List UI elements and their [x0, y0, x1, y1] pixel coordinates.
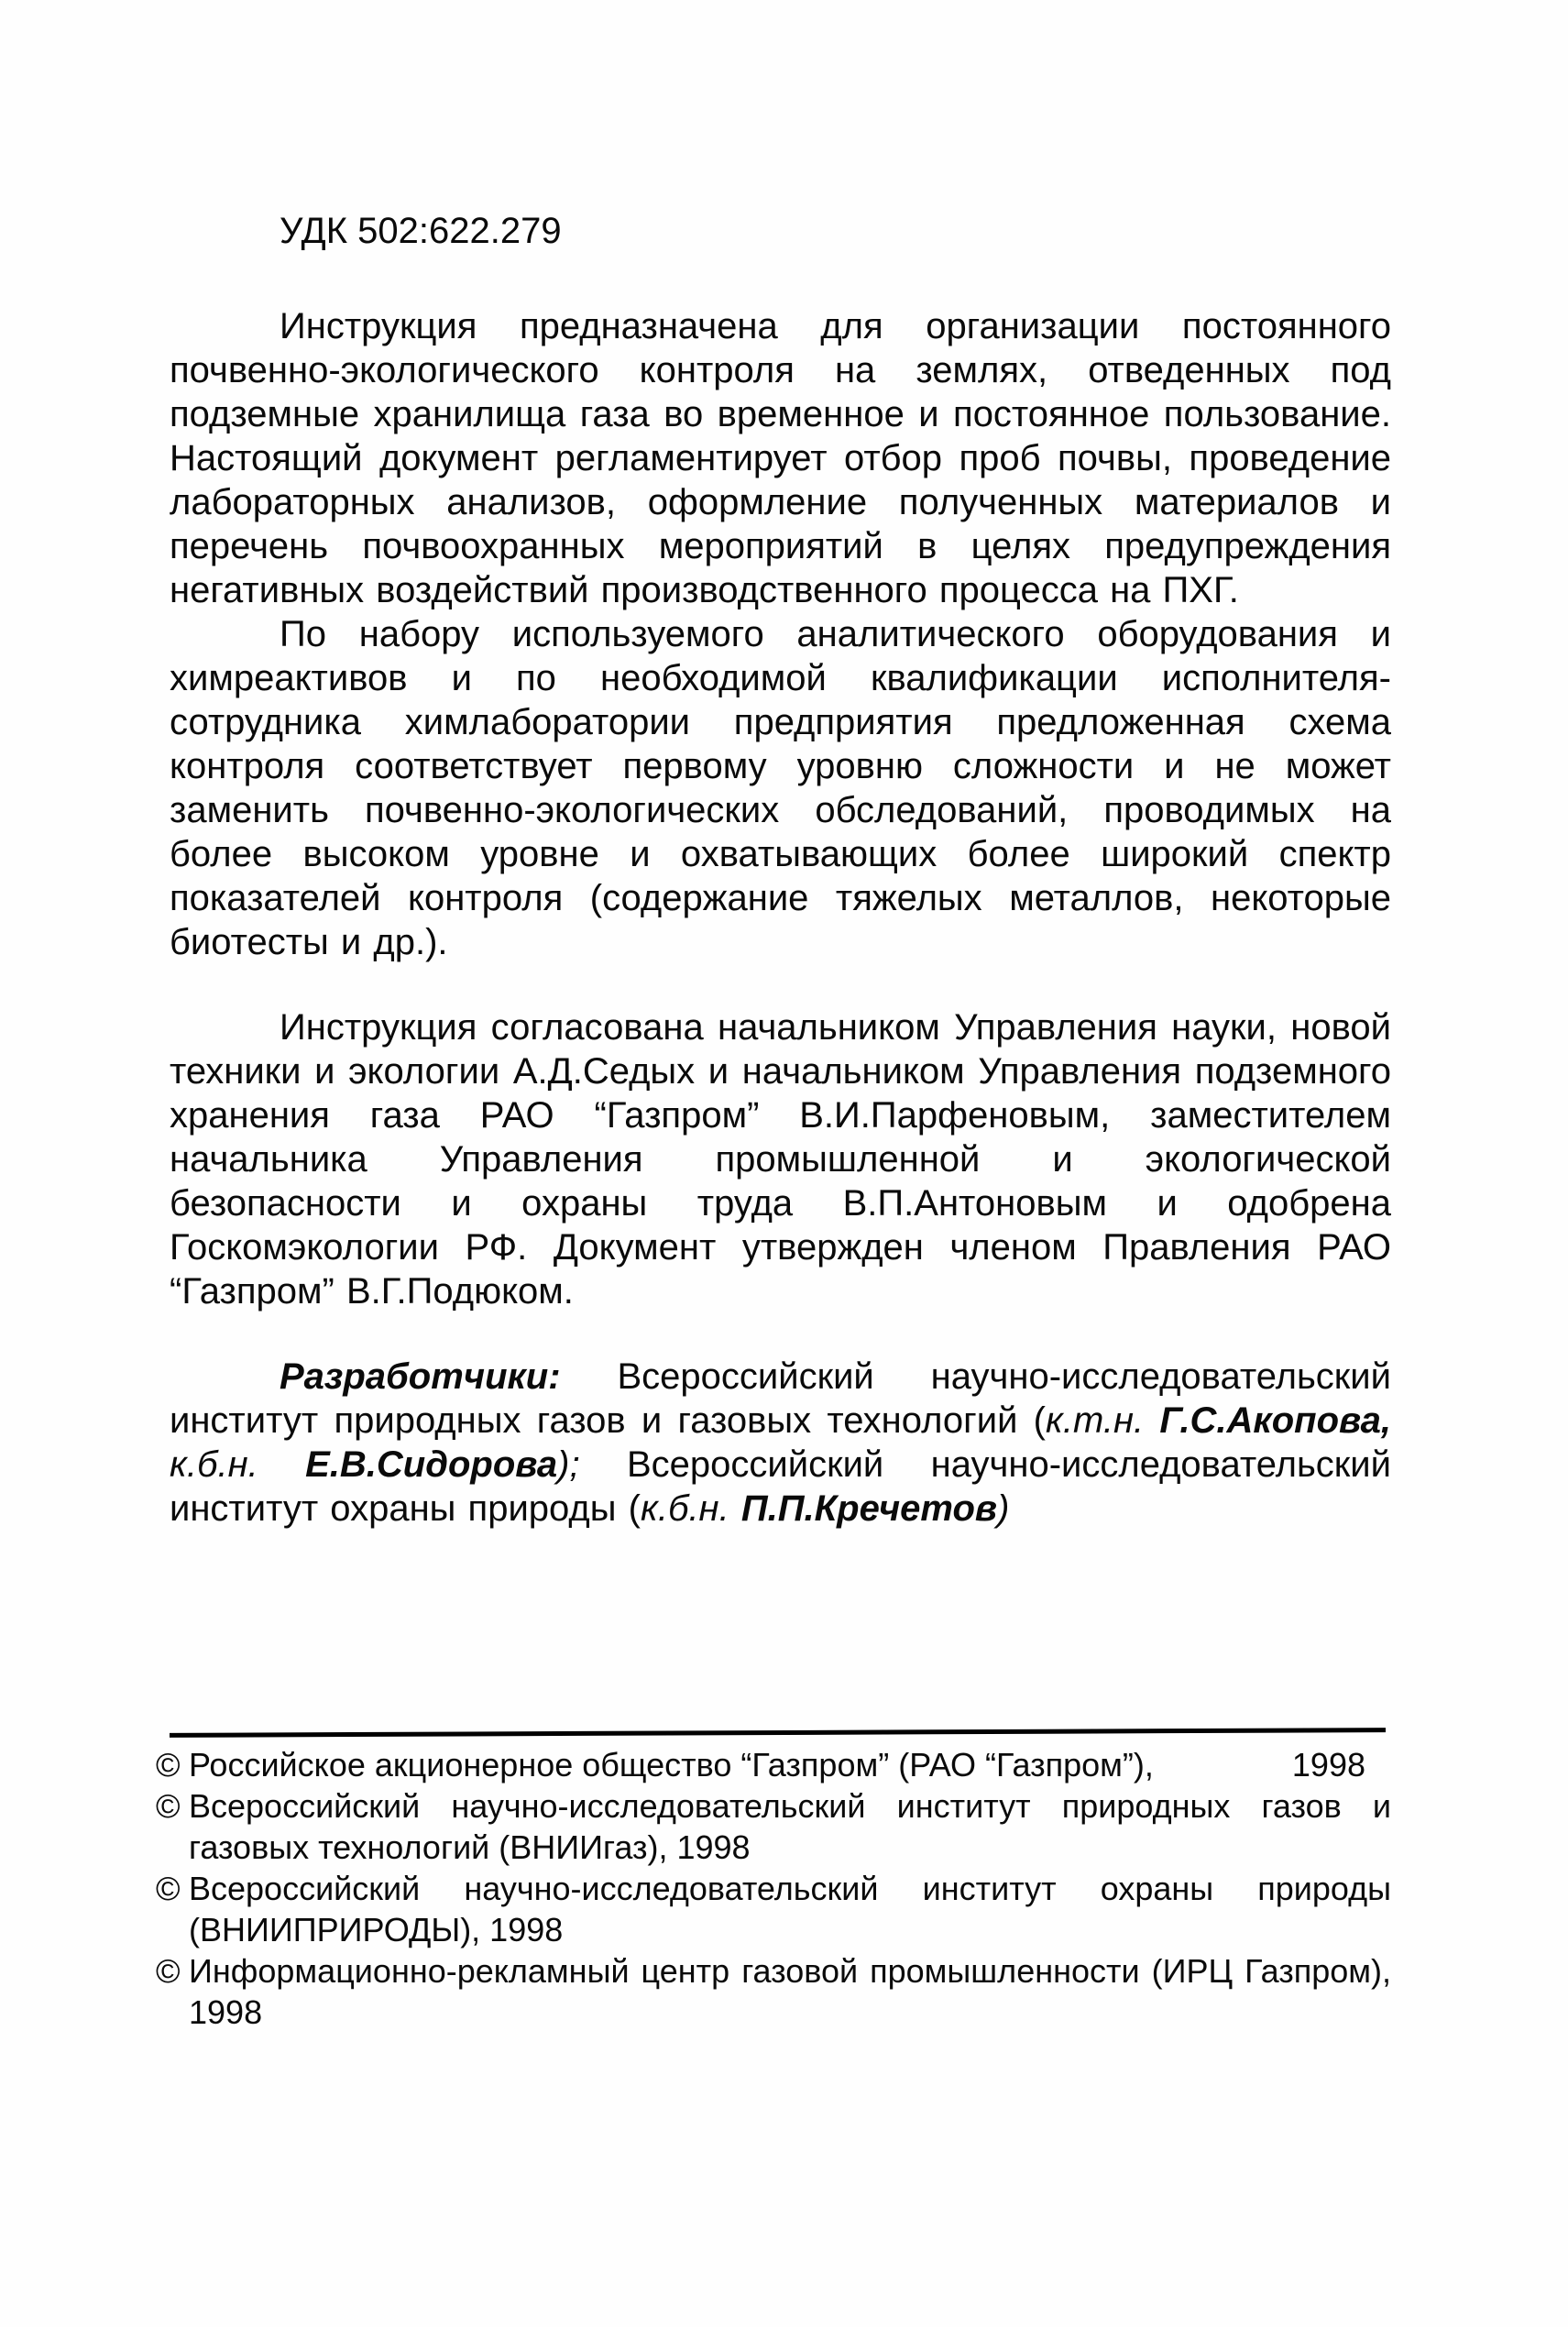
text-segment: ) [997, 1488, 1009, 1529]
text-segment: Г.С.Акопова, [1159, 1400, 1391, 1441]
copyright-symbol: © [156, 1868, 181, 1909]
copyright-line: Российское акционерное общество “Газпром… [189, 1744, 1391, 1785]
page-content: УДК 502:622.279 Инструкция предназначена… [170, 209, 1391, 2033]
paragraph-developers: Разработчики: Всероссийский научно-иссле… [170, 1355, 1391, 1531]
copyright-symbol: © [156, 1950, 181, 1992]
copyright-item-irc-gazprom: © Информационно-рекламный центр газовой … [156, 1950, 1391, 2033]
copyright-year: 1998 [1292, 1744, 1365, 1785]
copyright-list: © Российское акционерное общество “Газпр… [156, 1744, 1391, 2033]
copyright-item-vniipriroda: © Всероссийский научно-исследовательский… [156, 1868, 1391, 1950]
copyright-text: Всероссийский научно-исследовательский и… [189, 1870, 1391, 1948]
copyright-text: Всероссийский научно-исследовательский и… [189, 1787, 1391, 1866]
copyright-block: © Российское акционерное общество “Газпр… [156, 1730, 1391, 2033]
paragraph-complexity-level: По набору используемого аналитического о… [170, 612, 1391, 964]
text-segment: к.б.н. [170, 1444, 258, 1485]
document-page: УДК 502:622.279 Инструкция предназначена… [0, 0, 1568, 2327]
text-segment: Е.В.Сидорова [305, 1444, 557, 1485]
copyright-symbol: © [156, 1744, 181, 1785]
copyright-item-vniigaz: © Всероссийский научно-исследовательский… [156, 1785, 1391, 1868]
text-segment: к.б.н. [641, 1488, 729, 1529]
copyright-text: Информационно-рекламный центр газовой пр… [189, 1952, 1391, 2031]
text-segment [1144, 1400, 1159, 1441]
paragraph-purpose: Инструкция предназначена для организации… [170, 304, 1391, 612]
text-segment: Разработчики: [280, 1356, 561, 1397]
text-segment [258, 1444, 305, 1485]
copyright-text: Российское акционерное общество “Газпром… [189, 1744, 1154, 1785]
text-segment: к.т.н. [1046, 1400, 1144, 1441]
text-segment: П.П.Кречетов [741, 1488, 997, 1529]
horizontal-divider [170, 1728, 1386, 1738]
text-segment: ); [557, 1444, 579, 1485]
paragraph-approvals: Инструкция согласована начальником Управ… [170, 1005, 1391, 1313]
udk-number: УДК 502:622.279 [280, 209, 1391, 253]
text-segment [729, 1488, 741, 1529]
copyright-symbol: © [156, 1785, 181, 1827]
copyright-item-rao-gazprom: © Российское акционерное общество “Газпр… [156, 1744, 1391, 1785]
